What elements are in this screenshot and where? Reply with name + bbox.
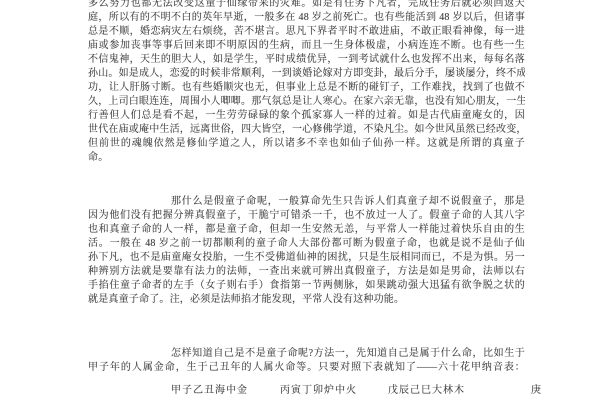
text-line: 不信鬼神，天生的胆大人，如是学生，平时成绩优异，一到考试就什么也发挥不出来，每每… bbox=[88, 53, 525, 67]
text-line: 行善但人们总是看不起，一生劳劳碌碌的象个孤家寡人一样的过着。如是古代庙童庵女的，… bbox=[88, 109, 525, 123]
nayin-table-row: 甲子乙丑海中金丙寅丁卯炉中火戊辰己巳大林木庚 bbox=[88, 384, 525, 398]
nayin-cell: 甲子乙丑海中金 bbox=[171, 384, 248, 397]
text-line: 怎样知道自己是不是童子命呢?方法一，先知道自己是属于什么命，比如生于 bbox=[88, 347, 525, 361]
text-line: 命。 bbox=[88, 151, 525, 165]
text-line: 因为他们没有把握分辨真假童子，干脆宁可错杀一千，也不放过一人了。假童子命的人其八… bbox=[88, 209, 525, 223]
nayin-cell: 丙寅丁卯炉中火 bbox=[280, 384, 357, 397]
text-line: 世代在庙或庵中生活，远离世俗，四大皆空，一心修佛学道，不染凡尘。如今世风虽然已经… bbox=[88, 123, 525, 137]
paragraph-how-to-know: 怎样知道自己是不是童子命呢?方法一，先知道自己是属于什么命，比如生于甲子年的人属… bbox=[88, 347, 525, 375]
text-line: 功，让人肝肠寸断。也有些婚顺灾也无，但事业上总是不断的碰钉子，工作难找，找到了也… bbox=[88, 81, 525, 95]
nayin-cell: 戊辰己巳大林木 bbox=[388, 384, 465, 397]
text-line: 但前世的魂魄依然是修仙学道之人，所以诸多不幸也如仙子仙孙一样。这就是所谓的真童子 bbox=[88, 137, 525, 151]
text-line: 总是不顺，婚恋病灾左右烦绕，苦不堪言。思凡下界者平时不敢进庙，不敢正眼看神像，每… bbox=[88, 25, 525, 39]
text-line: 手掐住童子命者的左手（女子则右手）食指第一节两侧脉，如果跳动强大迅猛有欲争脱之状… bbox=[88, 279, 525, 293]
text-line: 久，上司白眼连连，周围小人唧唧。那气氛总是让人寒心。在家六亲无靠，也没有知心朋友… bbox=[88, 95, 525, 109]
text-line: 庭，所以有的不明不白的英年早逝，一般多在 48 岁之前死亡。也有些能活到 48 … bbox=[88, 11, 525, 25]
text-line: 种辨别方法就是要靠有法力的法师，一查出来就可辨出真假童子，方法是如是男命，法师以… bbox=[88, 265, 525, 279]
text-line: 也和真童子命的人一样，都是童子命，但却一生安然无恙，与平常人一样能过着快乐自由的… bbox=[88, 223, 525, 237]
article-body: 多么努力也都无法改变这童子仙缘带来的灾难。如是有任务下凡者，完成任务后就必须回返… bbox=[88, 0, 525, 398]
text-line: 那什么是假童子命呢，一般算命先生只告诉人们真童子却不说假童子，那是 bbox=[88, 195, 525, 209]
text-line: 孙山。如是成人，恋爱的时候非常顺利，一到谈婚论嫁对方即变卦，最后分手，屡谈屡分，… bbox=[88, 67, 525, 81]
paragraph-fake-tongzi: 那什么是假童子命呢，一般算命先生只告诉人们真童子却不说假童子，那是因为他们没有把… bbox=[88, 195, 525, 307]
text-line: 庙或参加丧事等事后回来即不明原因的生病，而且一生身体极虚，小病连连不断。也有些一… bbox=[88, 39, 525, 53]
document-page: 多么努力也都无法改变这童子仙缘带来的灾难。如是有任务下凡者，完成任务后就必须回返… bbox=[0, 0, 600, 400]
nayin-cell: 庚 bbox=[531, 384, 542, 397]
text-line: 孙下凡，也不是庙童庵女投胎，一生不受佛道仙神的困扰，只是生辰相同而已，不是为惧。… bbox=[88, 251, 525, 265]
text-line: 甲子年的人属金命，生于己丑年的人属火命等。只要对照下表就知了——六十花甲纳音表： bbox=[88, 361, 525, 375]
text-line: 就是真童子命了。注，必须是法师掐才能发现，平常人没有这种功能。 bbox=[88, 293, 525, 307]
paragraph-true-tongzi: 多么努力也都无法改变这童子仙缘带来的灾难。如是有任务下凡者，完成任务后就必须回返… bbox=[88, 0, 525, 165]
text-line: 活。一般在 48 岁之前一切都顺利的童子命人大部份都可断为假童子命，也就是说不是… bbox=[88, 237, 525, 251]
text-line: 多么努力也都无法改变这童子仙缘带来的灾难。如是有任务下凡者，完成任务后就必须回返… bbox=[88, 0, 525, 11]
